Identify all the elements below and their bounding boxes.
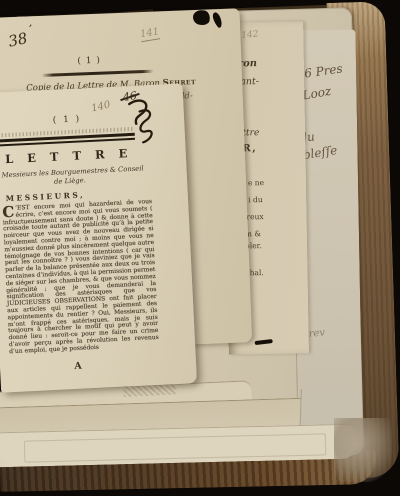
ink-folio-38: 38 bbox=[7, 29, 29, 51]
pamphlet-title: L E T T R E bbox=[0, 146, 140, 167]
handwriting-fragment: rev bbox=[308, 327, 325, 340]
body-text: ’EST encore moi qui hazarderai de vous é… bbox=[3, 198, 159, 355]
page-caption: ( 1 ) bbox=[59, 55, 119, 67]
pencil-folio-142: 142 bbox=[241, 29, 259, 41]
crease-line bbox=[24, 433, 326, 462]
ink-dash-mark bbox=[255, 339, 273, 345]
pencil-folio-140: 140 bbox=[90, 99, 111, 114]
print-fragment: i du bbox=[248, 195, 263, 204]
pamphlet-addressee: à Messieurs les Bourguemestres & Conseil… bbox=[0, 164, 147, 189]
print-fragment: ant- bbox=[240, 76, 259, 87]
handwriting-fragment: 6 Pres bbox=[303, 61, 343, 80]
board-corner-highlight bbox=[334, 418, 392, 482]
lettre-pamphlet: 140 46 ( 1 ) L E T T R E à Messieurs les… bbox=[0, 83, 197, 392]
book-scan-photo: 6 Pres Looz du obleſſe rev 142 ron ant- … bbox=[0, 0, 400, 496]
swelled-rule bbox=[42, 70, 154, 77]
handwriting-fragment: Looz bbox=[302, 84, 333, 103]
pamphlet-body: C’EST encore moi qui hazarderai de vous … bbox=[2, 199, 159, 356]
print-fragment: e ne bbox=[248, 178, 264, 187]
ink-flourish: ’ bbox=[27, 22, 33, 35]
print-fragment: reux bbox=[246, 212, 263, 221]
pamphlet-caption: ( 1 ) bbox=[32, 113, 102, 126]
signature-mark: A bbox=[66, 360, 91, 372]
drop-cap: C bbox=[2, 206, 16, 220]
pencil-folio-141: 141 bbox=[139, 26, 160, 42]
